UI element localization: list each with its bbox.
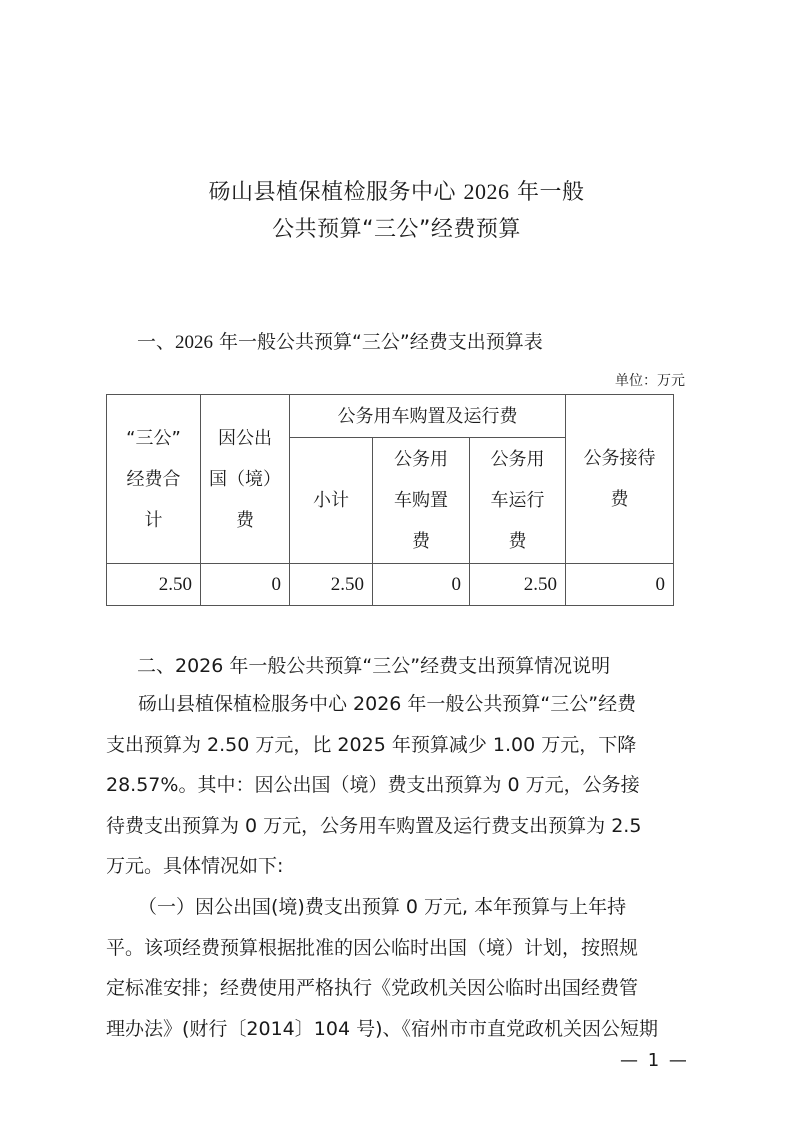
header-vehicle-group: 公务用车购置及运行费 — [290, 395, 566, 438]
header-overseas: 因公出 国（境） 费 — [201, 395, 290, 564]
cell-vehicle-operation: 2.50 — [470, 564, 566, 606]
header-reception: 公务接待 费 — [566, 395, 674, 564]
title-line-2: 公共预算“三公”经费预算 — [0, 212, 793, 248]
title-year: 2026 — [464, 179, 510, 204]
section-2-heading: 二、2026 年一般公共预算“三公”经费支出预算情况说明 — [137, 652, 610, 680]
table-row: 2.50 0 2.50 0 2.50 0 — [107, 564, 674, 606]
header-vehicle-subtotal: 小计 — [290, 438, 373, 564]
header-vehicle-purchase: 公务用 车购置 费 — [373, 438, 470, 564]
cell-vehicle-purchase: 0 — [373, 564, 470, 606]
cell-vehicle-subtotal: 2.50 — [290, 564, 373, 606]
title-line-1: 砀山县植保植检服务中心 2026 年一般 — [0, 174, 793, 211]
page-number: — 1 — — [620, 1050, 689, 1071]
cell-total: 2.50 — [107, 564, 201, 606]
section-1-heading: 一、2026 年一般公共预算“三公”经费支出预算表 — [137, 328, 543, 357]
unit-label: 单位：万元 — [615, 371, 685, 391]
explanation-paragraph-2: （一）因公出国(境)费支出预算 0 万元, 本年预算与上年持 平。该项经费预算根… — [106, 887, 686, 1049]
three-public-expenses-table: “三公” 经费合 计 因公出 国（境） 费 公务用车购置及运行费 公务接待 费 … — [106, 394, 674, 606]
cell-overseas: 0 — [201, 564, 290, 606]
header-total: “三公” 经费合 计 — [107, 395, 201, 564]
explanation-paragraph-1: 砀山县植保植检服务中心 2026 年一般公共预算“三公”经费 支出预算为 2.5… — [106, 684, 686, 887]
header-vehicle-operation: 公务用 车运行 费 — [470, 438, 566, 564]
cell-reception: 0 — [566, 564, 674, 606]
